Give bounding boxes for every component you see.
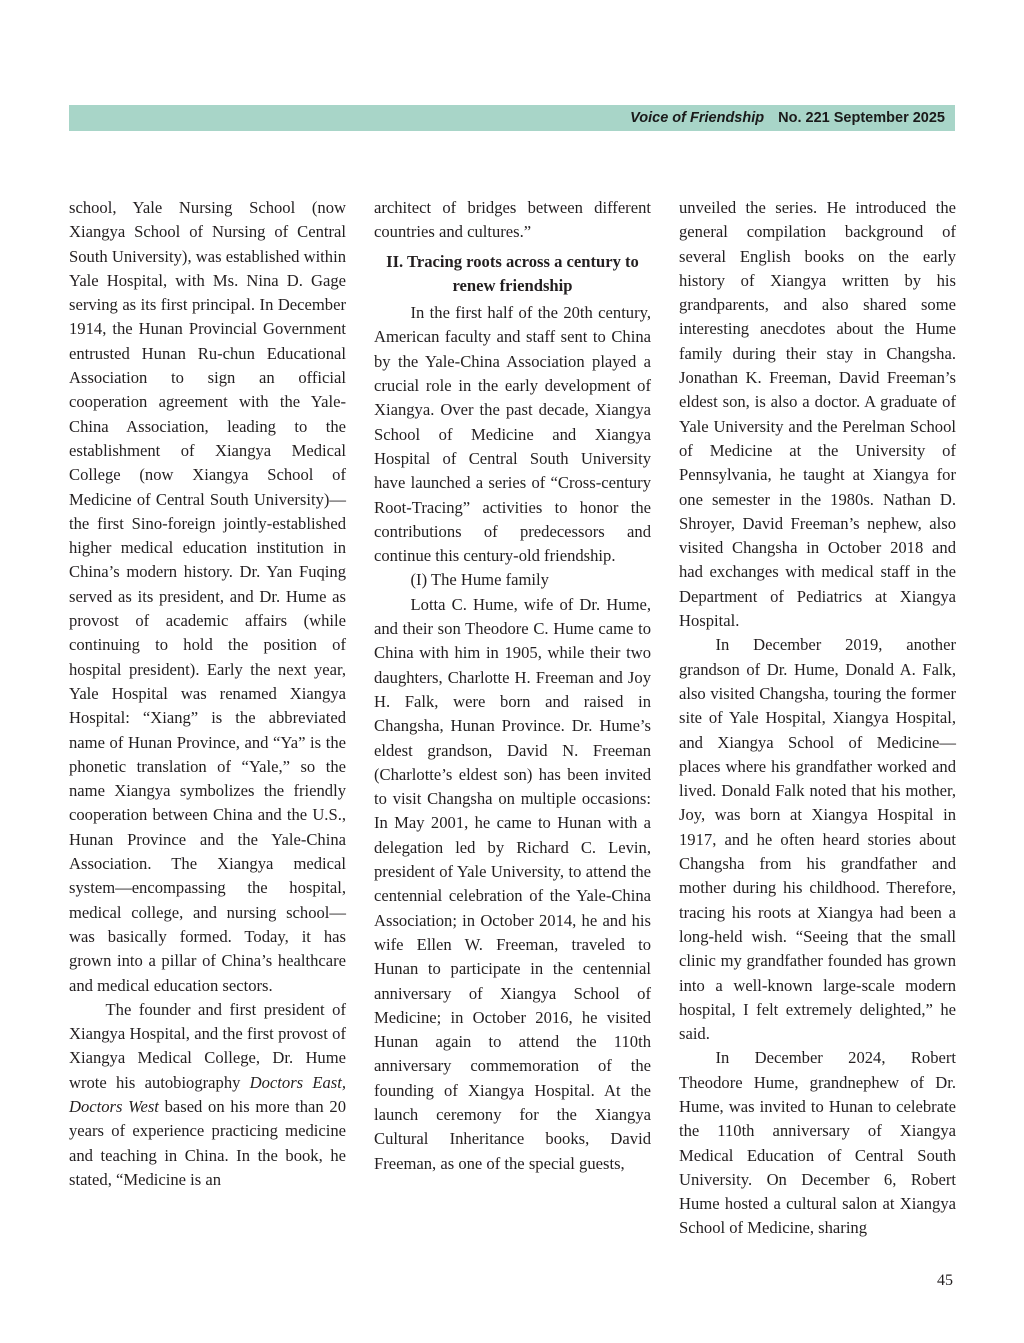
text-column-1: school, Yale Nursing School (now Xiangya… xyxy=(69,196,346,1192)
running-header-bar: Voice of Friendship No. 221 September 20… xyxy=(69,105,955,131)
magazine-title: Voice of Friendship xyxy=(630,110,764,126)
paragraph: unveiled the series. He introduced the g… xyxy=(679,196,956,633)
paragraph: architect of bridges between different c… xyxy=(374,196,651,245)
section-heading: II. Tracing roots across a century to re… xyxy=(374,250,651,299)
paragraph: In December 2024, Robert Theodore Hume, … xyxy=(679,1046,956,1240)
paragraph: In December 2019, another grandson of Dr… xyxy=(679,633,956,1046)
text-column-2: architect of bridges between different c… xyxy=(374,196,651,1176)
page-number: 45 xyxy=(937,1272,953,1290)
paragraph: In the first half of the 20th century, A… xyxy=(374,301,651,568)
paragraph: school, Yale Nursing School (now Xiangya… xyxy=(69,196,346,998)
running-header-text: Voice of Friendship No. 221 September 20… xyxy=(630,105,945,131)
paragraph: The founder and first president of Xiang… xyxy=(69,998,346,1192)
paragraph: Lotta C. Hume, wife of Dr. Hume, and the… xyxy=(374,593,651,1176)
issue-info: No. 221 September 2025 xyxy=(778,110,945,126)
text-column-3: unveiled the series. He introduced the g… xyxy=(679,196,956,1241)
subsection-heading: (I) The Hume family xyxy=(374,568,651,592)
